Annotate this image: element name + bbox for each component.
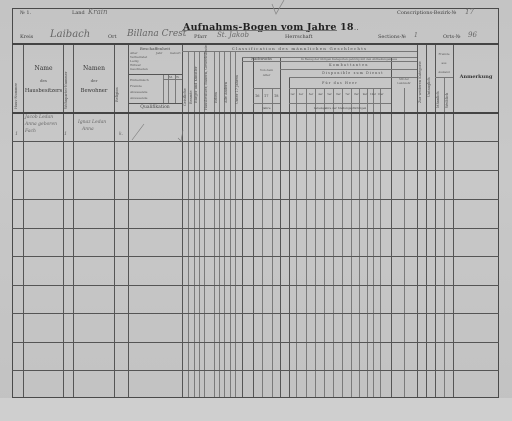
von-jahren-line: Alter	[253, 73, 280, 78]
header-haus-nummer: Haus-Nummer	[14, 80, 22, 112]
age-group: 3er	[306, 93, 316, 96]
header-fuer-das-heer: Für das Heer	[289, 81, 391, 85]
row-divider	[12, 256, 499, 257]
pfarr-label: Pfarr	[194, 34, 207, 40]
bewohner-line: Ignaz Ledan	[78, 119, 106, 126]
header-unter-17: Unter 17 Jahren	[235, 70, 241, 110]
beschaffenheit-row: Geschieden	[130, 67, 148, 71]
header-mit-der-landwehr: Mit der Landwehr	[391, 78, 417, 85]
age-group: 2er	[296, 93, 306, 96]
entry-wohnpartei[interactable]: 1	[64, 131, 67, 137]
sub-row-line	[289, 88, 391, 89]
hausbesitzer-line: Jacob Ledan	[25, 114, 57, 121]
header-religion: Religion	[115, 80, 127, 110]
header-alle-andern: Alle Andern	[224, 75, 230, 110]
stand-col-w: W.	[176, 75, 180, 79]
header-hausbesitzer-bauern: Hausbesitzer, Bauern, Gewerbsleute	[204, 55, 214, 110]
header-namen-line1: Namen	[74, 65, 114, 72]
age-group: 11er	[377, 93, 384, 96]
sub-col-line	[404, 88, 405, 397]
age-group: 5er	[325, 93, 334, 96]
entry-haus-nummer[interactable]: 1	[15, 131, 18, 137]
sub-col-line	[359, 88, 360, 397]
sub-col-line	[262, 88, 263, 397]
age-group: 8er	[352, 93, 361, 96]
row-divider	[12, 370, 499, 371]
col-line	[280, 57, 281, 397]
stand-col-m: M.	[169, 75, 173, 79]
col-line	[453, 45, 454, 397]
header-anmerkung: Anmerkung	[453, 74, 499, 80]
age-16: 16	[255, 94, 259, 98]
header-fremde-weiblich: Weiblich	[445, 90, 452, 110]
title-text: Aufnahms-Bogen vom Jahre 18	[183, 22, 354, 33]
header-fremde: Fremde aus Ausland	[435, 50, 453, 77]
ort-value[interactable]: Billana Crest	[127, 29, 186, 39]
title-underline	[182, 30, 337, 31]
beschaffenheit-rows: Alter Verheiratet Ledig Witwer Geschiede…	[130, 51, 148, 71]
entry-bewohner[interactable]: Ignaz Ledan Anna	[78, 119, 106, 133]
title-year[interactable]: ..	[354, 23, 359, 32]
sub-row-line	[182, 51, 417, 52]
sub-col-line	[296, 88, 297, 397]
sub-col-line	[367, 88, 368, 397]
beschaffenheit-col-jahr: Jahr	[156, 51, 162, 55]
pencil-check-icon	[268, 0, 288, 16]
header-jahre: Jahre	[253, 106, 280, 110]
sub-col-line	[230, 52, 231, 397]
age-group: 1er	[289, 93, 296, 96]
orts-label: Orts-№	[443, 34, 461, 40]
sub-col-line	[342, 88, 343, 397]
conscription-label: Conscriptions-Bezirk-№	[397, 10, 456, 16]
age-group-labels: 1er 2er 3er 4er 5er 6er 7er 8er 9er 10er…	[289, 93, 391, 96]
fremde-line: Fremde	[435, 50, 453, 59]
sub-row-line	[253, 88, 280, 89]
header-disponible: Disponible zum Dienst	[289, 71, 417, 75]
sub-row-line	[280, 69, 417, 70]
sub-row-line	[128, 74, 182, 75]
landwehr-line: Landwehr	[391, 82, 417, 86]
sub-row-line	[280, 61, 417, 62]
fremde-line: Ausland	[435, 68, 453, 77]
header-qualifikation: Qualifikation	[128, 105, 182, 110]
age-group: 10er	[369, 93, 377, 96]
stand-rows: Einheimisch Fremde Abwesende Anwesende	[130, 77, 149, 101]
sheet-number: № 1.	[20, 10, 31, 16]
pfarr-value[interactable]: St. Jakob	[217, 31, 249, 39]
header-zur-weiteren-kategorie: Zur weiteren Kategorie	[418, 55, 425, 110]
kreis-value[interactable]: Laibach	[50, 29, 90, 40]
header-wohnpartei: Wohnpartei-Nummer	[64, 68, 72, 112]
col-line	[391, 57, 392, 397]
section-value[interactable]: 1	[414, 32, 418, 39]
header-name-line1: Name	[24, 65, 63, 72]
col-line	[289, 77, 290, 397]
header-namen-line2: der	[74, 78, 114, 83]
header-namen-line3: Bewohner	[74, 88, 114, 94]
header-kombattanten: Kombattanten	[281, 63, 417, 67]
header-classification: Classification des männlichen Geschlecht…	[182, 46, 417, 51]
sub-col-line	[324, 88, 325, 397]
header-geistliche: Geistliche	[183, 85, 188, 110]
sub-col-line	[199, 52, 200, 397]
stand-row: Anwesende	[130, 95, 149, 101]
beschaffenheit-col-geburt: Geburt	[170, 51, 181, 55]
row-divider	[12, 228, 499, 229]
row-divider	[12, 170, 499, 171]
ort-label: Ort	[108, 34, 117, 40]
check-mark-icon	[128, 114, 188, 142]
col-line	[242, 57, 243, 397]
kreis-label: Kreis	[20, 34, 33, 40]
header-von-jahren: Von dem Alter	[253, 68, 280, 78]
sub-col-line	[444, 77, 445, 397]
sub-row-line	[242, 61, 280, 62]
hausbesitzer-line: Anna geboren	[25, 121, 57, 128]
sub-col-line	[219, 52, 220, 397]
sub-col-line	[333, 88, 334, 397]
row-divider	[12, 285, 499, 286]
age-group: 6er	[334, 93, 343, 96]
header-altersgruppen: Lebensjahre der Stellungspflichtigen	[289, 106, 391, 110]
header-buerger: Bürger und Künstler	[194, 60, 199, 110]
sub-col-line	[306, 88, 307, 397]
header-name-line3: Hausbesitzers	[24, 88, 63, 94]
land-value[interactable]: Krain	[88, 8, 108, 16]
age-group: 7er	[343, 93, 352, 96]
bewohner-line: Anna	[78, 126, 106, 133]
paper-bottom-edge	[0, 398, 512, 421]
col-line	[128, 45, 129, 397]
herrschaft-label: Herrschaft	[285, 34, 313, 40]
header-militaer-note: In Bezug der übrigen Kategorien gehörig …	[281, 57, 417, 61]
header-bottom-divider	[12, 112, 499, 114]
header-erben: Erben	[214, 85, 219, 110]
sub-col-line	[315, 88, 316, 397]
row-divider	[12, 199, 499, 200]
sub-row-line	[289, 103, 391, 104]
sub-row-line	[435, 77, 453, 78]
entry-religion[interactable]: k.	[119, 132, 123, 137]
sub-row-line	[253, 103, 280, 104]
land-label: Land	[72, 10, 85, 16]
sub-col-line	[272, 88, 273, 397]
sub-col-line	[373, 88, 374, 397]
section-label: Sections-№	[378, 34, 406, 40]
row-divider	[12, 342, 499, 343]
fremde-line: aus	[435, 59, 453, 68]
age-17: 17	[264, 94, 268, 98]
age-18: 18	[274, 94, 278, 98]
sub-row-line	[128, 103, 182, 104]
hausbesitzer-line: Fach	[25, 128, 57, 135]
header-nachwuchs: Nachwuchs	[243, 57, 280, 61]
sub-col-line	[351, 88, 352, 397]
row-divider	[12, 141, 499, 142]
entry-hausbesitzer[interactable]: Jacob Ledan Anna geboren Fach	[25, 114, 57, 135]
sub-row-line	[163, 79, 182, 80]
conscription-value[interactable]: 17	[465, 8, 474, 16]
sub-col-line	[380, 88, 381, 397]
orts-value[interactable]: 96	[468, 31, 477, 39]
header-name-line2: des	[24, 78, 63, 83]
row-divider	[12, 313, 499, 314]
header-untauglich: Untauglich	[427, 65, 434, 110]
age-group: 9er	[361, 93, 369, 96]
form-title: Aufnahms-Bogen vom Jahre 18..	[183, 15, 359, 34]
col-line	[73, 45, 74, 397]
header-fremde-maennlich: Männlich	[436, 90, 443, 110]
col-line	[23, 45, 24, 397]
age-group: 4er	[316, 93, 325, 96]
